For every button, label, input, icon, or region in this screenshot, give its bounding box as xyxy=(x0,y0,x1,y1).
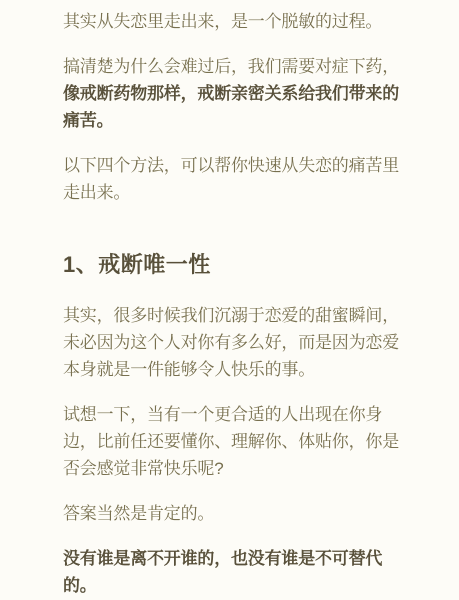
paragraph: 试想一下，当有一个更合适的人出现在你身边，比前任还要懂你、理解你、体贴你，你是否… xyxy=(63,401,403,482)
section-heading: 1、戒断唯一性 xyxy=(63,250,403,280)
paragraph: 没有谁是离不开谁的，也没有谁是不可替代的。 xyxy=(63,545,403,599)
text-run: 答案当然是肯定的。 xyxy=(63,504,214,523)
bold-text-run: 像戒断药物那样，戒断亲密关系给我们带来的痛苦。 xyxy=(63,84,399,130)
text-run: 其实从失恋里走出来，是一个脱敏的过程。 xyxy=(63,12,382,31)
text-run: 其实，很多时候我们沉溺于恋爱的甜蜜瞬间，未必因为这个人对你有多么好，而是因为恋爱… xyxy=(63,306,399,379)
text-run: 试想一下，当有一个更合适的人出现在你身边，比前任还要懂你、理解你、体贴你，你是否… xyxy=(63,405,399,478)
article-body: 其实从失恋里走出来，是一个脱敏的过程。搞清楚为什么会难过后，我们需要对症下药，像… xyxy=(0,0,459,599)
text-run: 搞清楚为什么会难过后，我们需要对症下药， xyxy=(63,57,399,76)
paragraph: 其实，很多时候我们沉溺于恋爱的甜蜜瞬间，未必因为这个人对你有多么好，而是因为恋爱… xyxy=(63,302,403,383)
paragraph: 答案当然是肯定的。 xyxy=(63,500,403,527)
bold-text-run: 没有谁是离不开谁的，也没有谁是不可替代的。 xyxy=(63,549,382,595)
paragraph: 搞清楚为什么会难过后，我们需要对症下药，像戒断药物那样，戒断亲密关系给我们带来的… xyxy=(63,53,403,134)
text-run: 以下四个方法，可以帮你快速从失恋的痛苦里走出来。 xyxy=(63,156,399,202)
paragraph: 以下四个方法，可以帮你快速从失恋的痛苦里走出来。 xyxy=(63,152,403,206)
paragraph: 其实从失恋里走出来，是一个脱敏的过程。 xyxy=(63,8,403,35)
bold-text-run: 1、戒断唯一性 xyxy=(63,252,211,277)
article-page: 其实从失恋里走出来，是一个脱敏的过程。搞清楚为什么会难过后，我们需要对症下药，像… xyxy=(0,0,459,600)
